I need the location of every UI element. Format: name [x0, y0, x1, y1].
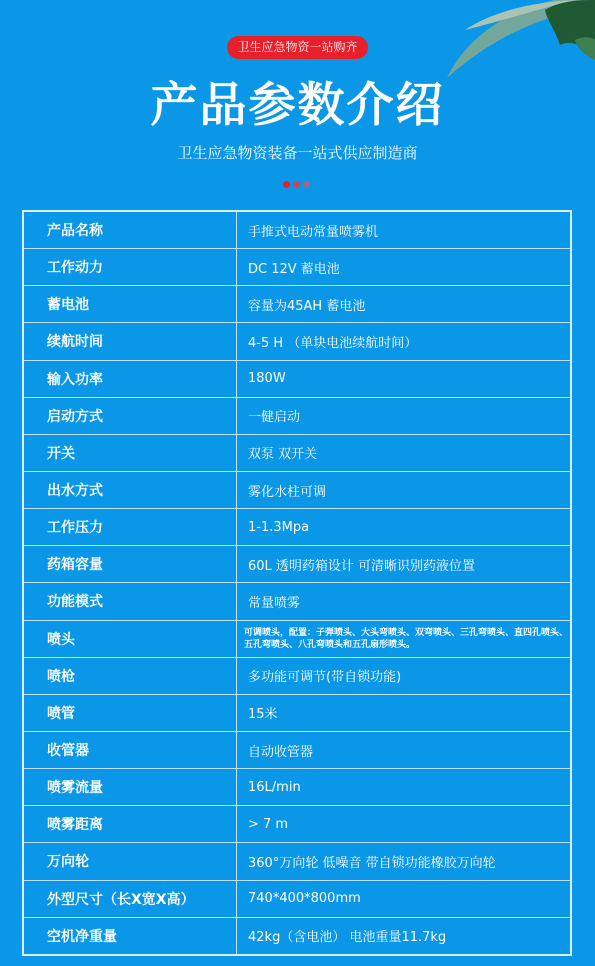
table-row: 蓄电池容量为45AH 蓄电池 [23, 286, 571, 323]
table-row: 喷头可调喷头，配置：子弹喷头、大头弯喷头、双弯喷头、三孔弯喷头、直四孔喷头、五孔… [23, 620, 571, 657]
table-row: 喷管15米 [23, 694, 571, 731]
spec-value: 15米 [237, 694, 572, 731]
table-row: 万向轮360°万向轮 低噪音 带自锁功能橡胶万向轮 [23, 843, 571, 880]
badge: 卫生应急物资一站购齐 [227, 36, 368, 59]
spec-value: 容量为45AH 蓄电池 [237, 286, 572, 323]
spec-label: 启动方式 [23, 397, 237, 434]
spec-label: 空机净重量 [23, 917, 237, 955]
spec-label: 开关 [23, 434, 237, 471]
spec-value: 常量喷雾 [237, 583, 572, 620]
spec-value: 16L/min [237, 769, 572, 806]
spec-label: 喷管 [23, 694, 237, 731]
spec-label: 收管器 [23, 731, 237, 768]
table-row: 喷雾流量16L/min [23, 769, 571, 806]
spec-label: 功能模式 [23, 583, 237, 620]
table-row: 续航时间4-5 H （单块电池续航时间） [23, 323, 571, 360]
table-row: 启动方式一健启动 [23, 397, 571, 434]
table-row: 产品名称手推式电动常量喷雾机 [23, 211, 571, 249]
spec-value: 一健启动 [237, 397, 572, 434]
spec-value: 42kg（含电池） 电池重量11.7kg [237, 917, 572, 955]
table-row: 输入功率180W [23, 360, 571, 397]
dot-indicator [283, 181, 290, 188]
carousel-dots [283, 181, 310, 188]
spec-value: 4-5 H （单块电池续航时间） [237, 323, 572, 360]
table-row: 出水方式雾化水柱可调 [23, 471, 571, 508]
spec-table: 产品名称手推式电动常量喷雾机工作动力DC 12V 蓄电池蓄电池容量为45AH 蓄… [22, 210, 572, 956]
spec-label: 喷雾距离 [23, 806, 237, 843]
table-row: 喷雾距离> 7 m [23, 806, 571, 843]
spec-label: 工作压力 [23, 509, 237, 546]
spec-label: 产品名称 [23, 211, 237, 249]
spec-label: 工作动力 [23, 249, 237, 286]
spec-value: 740*400*800mm [237, 880, 572, 917]
spec-value: 手推式电动常量喷雾机 [237, 211, 572, 249]
spec-label: 蓄电池 [23, 286, 237, 323]
dot-indicator [293, 181, 300, 188]
table-row: 空机净重量42kg（含电池） 电池重量11.7kg [23, 917, 571, 955]
page-title: 产品参数介绍 [0, 76, 595, 136]
table-row: 外型尺寸（长X宽X高）740*400*800mm [23, 880, 571, 917]
spec-label: 外型尺寸（长X宽X高） [23, 880, 237, 917]
page-subtitle: 卫生应急物资装备一站式供应制造商 [0, 143, 595, 163]
spec-value: > 7 m [237, 806, 572, 843]
spec-label: 喷头 [23, 620, 237, 657]
table-row: 药箱容量60L 透明药箱设计 可清晰识别药液位置 [23, 546, 571, 583]
spec-value: 雾化水柱可调 [237, 471, 572, 508]
spec-label: 出水方式 [23, 471, 237, 508]
spec-label: 药箱容量 [23, 546, 237, 583]
spec-value: 多功能可调节(带自锁功能) [237, 657, 572, 694]
table-row: 喷枪多功能可调节(带自锁功能) [23, 657, 571, 694]
spec-label: 万向轮 [23, 843, 237, 880]
table-row: 工作动力DC 12V 蓄电池 [23, 249, 571, 286]
table-row: 功能模式常量喷雾 [23, 583, 571, 620]
spec-label: 喷枪 [23, 657, 237, 694]
spec-value: 180W [237, 360, 572, 397]
spec-value: 360°万向轮 低噪音 带自锁功能橡胶万向轮 [237, 843, 572, 880]
spec-value: 双泵 双开关 [237, 434, 572, 471]
spec-label: 续航时间 [23, 323, 237, 360]
dot-indicator [303, 181, 310, 188]
spec-value: 1-1.3Mpa [237, 509, 572, 546]
spec-value: 60L 透明药箱设计 可清晰识别药液位置 [237, 546, 572, 583]
table-row: 工作压力1-1.3Mpa [23, 509, 571, 546]
leaf-icon [435, 0, 595, 80]
spec-value: DC 12V 蓄电池 [237, 249, 572, 286]
spec-value: 可调喷头，配置：子弹喷头、大头弯喷头、双弯喷头、三孔弯喷头、直四孔喷头、五孔弯喷… [237, 620, 572, 657]
table-row: 收管器自动收管器 [23, 731, 571, 768]
table-row: 开关双泵 双开关 [23, 434, 571, 471]
spec-value: 自动收管器 [237, 731, 572, 768]
spec-label: 输入功率 [23, 360, 237, 397]
spec-label: 喷雾流量 [23, 769, 237, 806]
